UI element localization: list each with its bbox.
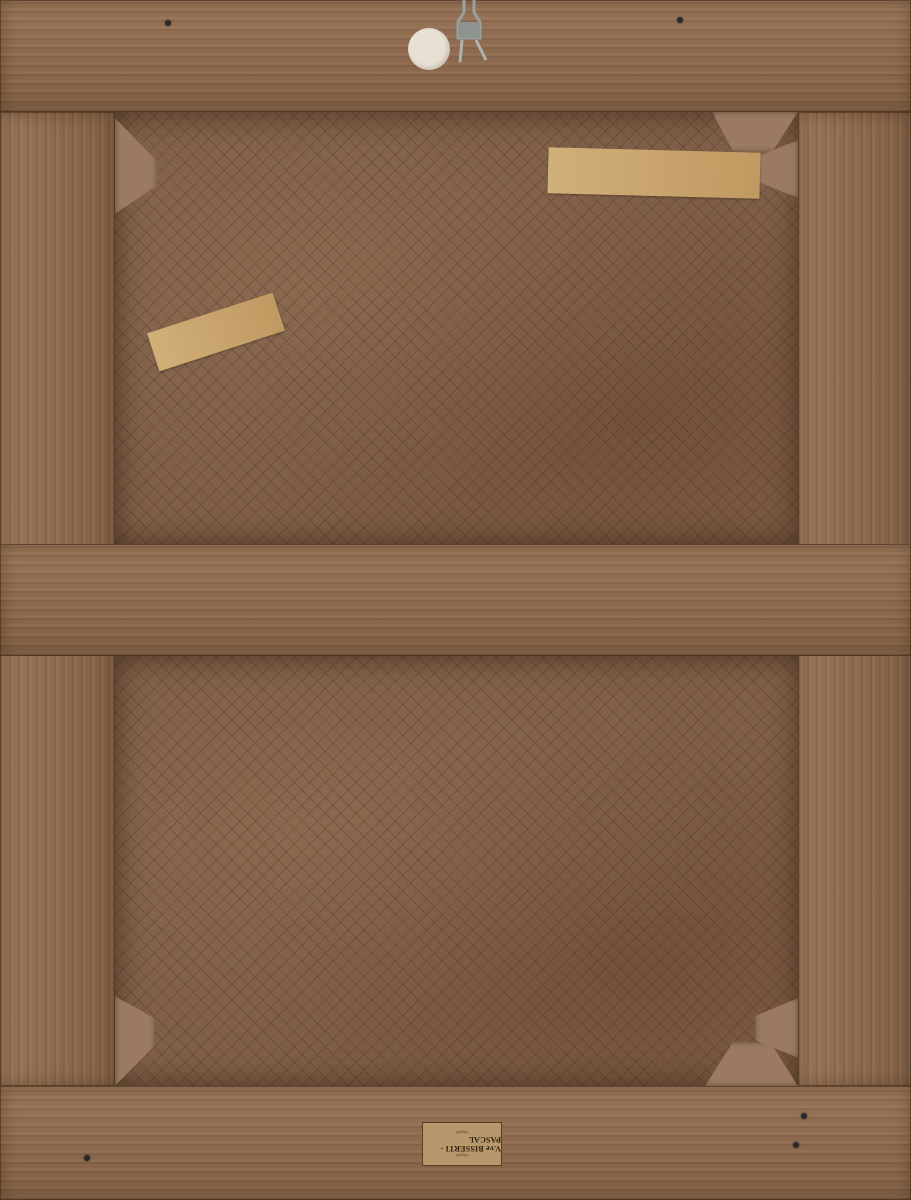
masking-tape-top-right xyxy=(547,147,760,199)
label-sub-text-2: illegible xyxy=(455,1130,468,1135)
stretcher-crossbar xyxy=(0,544,911,656)
nail xyxy=(801,1113,807,1119)
canvas-lower-panel xyxy=(115,656,800,1086)
wax-seal xyxy=(408,28,450,70)
nail xyxy=(793,1142,799,1148)
nail xyxy=(677,17,683,23)
supplier-label: illegible V.ve BISSERTI - PASCAL illegib… xyxy=(422,1122,502,1166)
nail xyxy=(165,20,171,26)
label-sub-text: illegible xyxy=(455,1153,468,1158)
nail xyxy=(84,1155,90,1161)
label-main-text: V.ve BISSERTI - PASCAL xyxy=(423,1135,501,1153)
hanging-hook-icon xyxy=(450,0,490,68)
